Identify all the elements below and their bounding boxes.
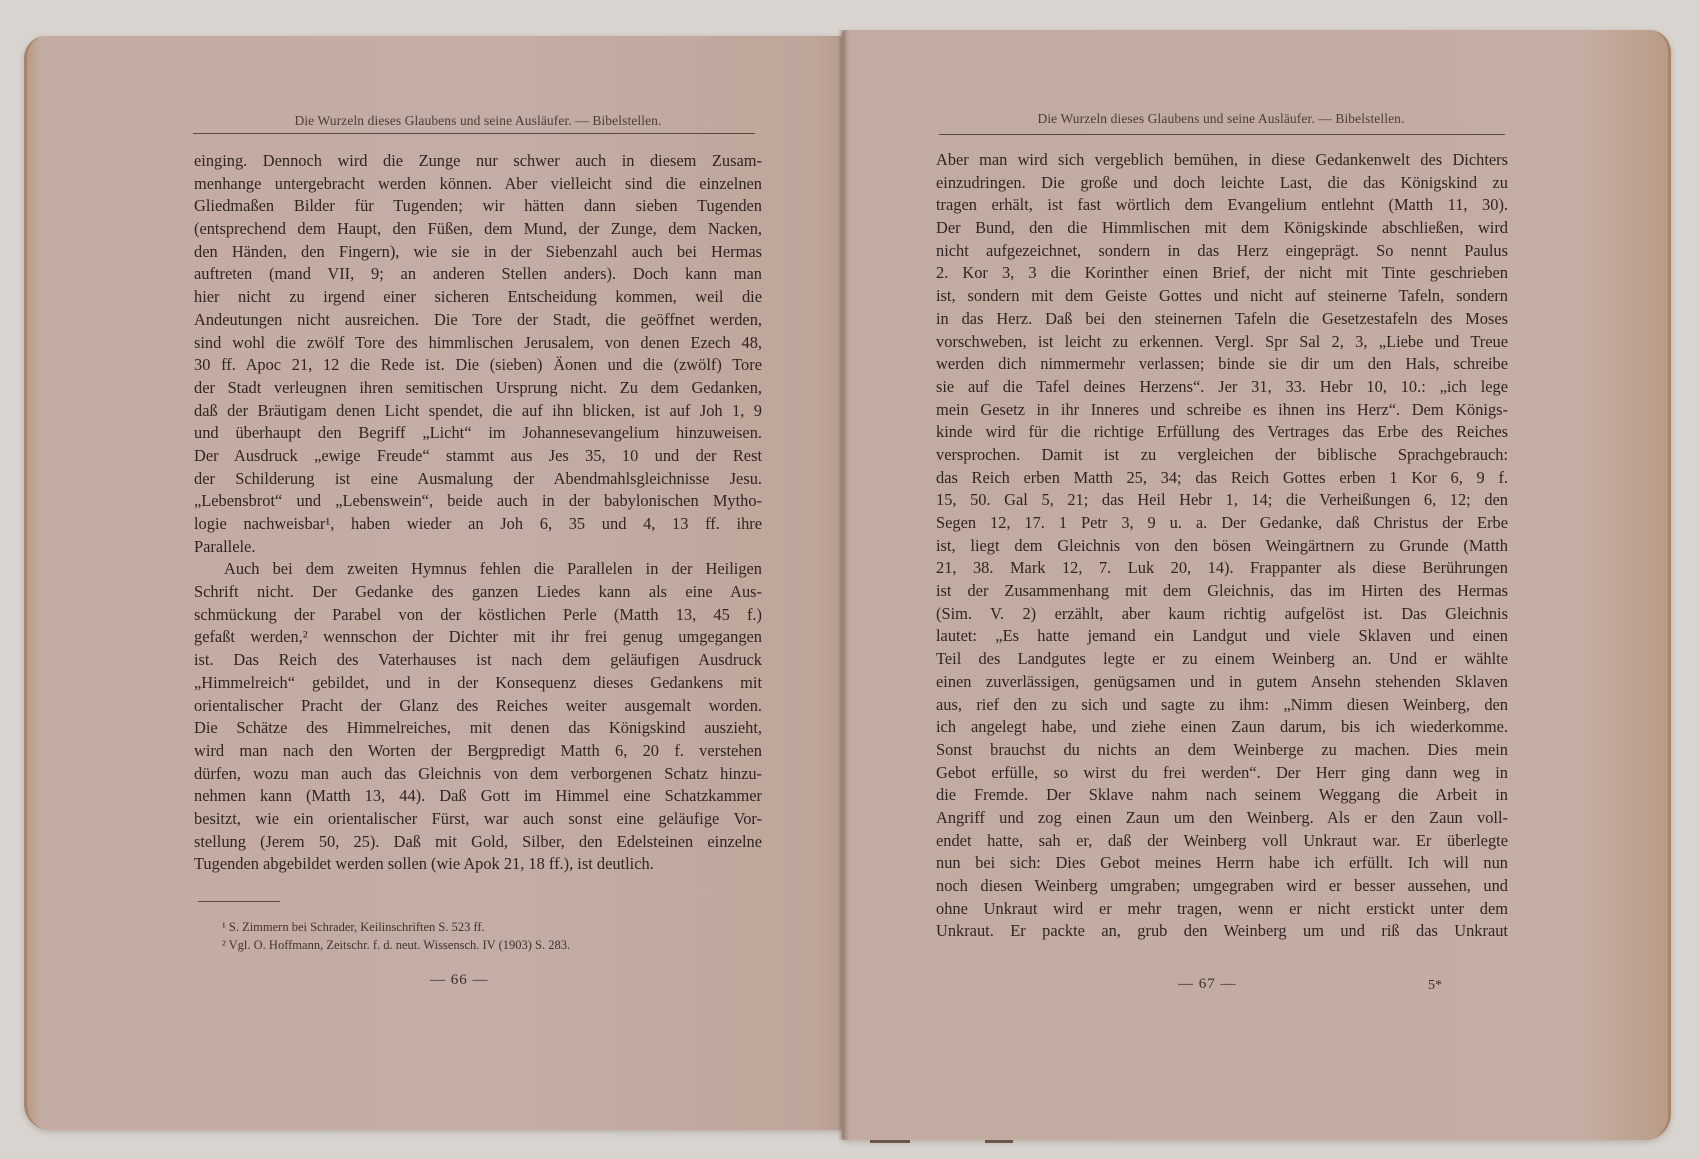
- text-line: orientalischer Pracht der Glanz des Reic…: [194, 695, 762, 718]
- right-body-text: Aber man wird sich vergeblich bemühen, i…: [936, 149, 1508, 943]
- left-running-head: Die Wurzeln dieses Glaubens und seine Au…: [193, 113, 763, 129]
- text-line: der Stadt verleugnen ihren semitischen U…: [194, 377, 762, 400]
- text-line: sind wohl die zwölf Tore des himmlischen…: [194, 332, 762, 355]
- text-line: (entsprechend dem Haupt, den Füßen, dem …: [194, 218, 762, 241]
- text-line: in das Herz. Daß bei den steinernen Tafe…: [936, 308, 1508, 331]
- text-line: gefaßt werden,² wennschon der Dichter mi…: [194, 626, 762, 649]
- text-line: ist, sondern mit dem Geiste Gottes und n…: [936, 285, 1508, 308]
- right-page-number: — 67 —: [1178, 976, 1237, 993]
- text-line: Auch bei dem zweiten Hymnus fehlen die P…: [194, 558, 762, 581]
- text-line: werden dich nimmermehr verlassen; binde …: [936, 353, 1508, 376]
- text-line: einging. Dennoch wird die Zunge nur schw…: [194, 150, 762, 173]
- left-footnote-rule: [198, 901, 280, 902]
- text-line: Der Bund, den die Himmlischen mit dem Kö…: [936, 217, 1508, 240]
- text-line: kinde wird für die richtige Erfüllung de…: [936, 421, 1508, 444]
- text-line: Sonst brauchst du nichts an dem Weinberg…: [936, 739, 1508, 762]
- text-line: vorschweben, ist leicht zu erkennen. Ver…: [936, 331, 1508, 354]
- text-line: „Himmelreich“ gebildet, und in der Konse…: [194, 672, 762, 695]
- text-line: Schrift nicht. Der Gedanke des ganzen Li…: [194, 581, 762, 604]
- text-line: nun bei sich: Dies Gebot meines Herrn ha…: [936, 852, 1508, 875]
- text-line: tragen erhält, ist fast wörtlich dem Eva…: [936, 194, 1508, 217]
- text-line: Andeutungen nicht ausreichen. Die Tore d…: [194, 309, 762, 332]
- text-line: das Reich erben Matth 25, 34; das Reich …: [936, 467, 1508, 490]
- text-line: nicht aufgezeichnet, sondern in das Herz…: [936, 240, 1508, 263]
- text-line: Gliedmaßen Bilder für Tugenden; wir hätt…: [194, 195, 762, 218]
- text-line: noch diesen Weinberg umgraben; umgegrabe…: [936, 875, 1508, 898]
- text-line: aus, rief den zu sich und sagte zu ihm: …: [936, 694, 1508, 717]
- text-line: Angriff und zog einen Zaun um den Weinbe…: [936, 807, 1508, 830]
- text-line: Die Schätze des Himmelreiches, mit denen…: [194, 717, 762, 740]
- signature-mark: 5*: [1428, 978, 1442, 994]
- text-line: ist. Das Reich des Vaterhauses ist nach …: [194, 649, 762, 672]
- text-line: und überhaupt den Begriff „Licht“ im Joh…: [194, 422, 762, 445]
- text-line: Parallele.: [194, 536, 762, 559]
- text-line: menhange untergebracht werden können. Ab…: [194, 173, 762, 196]
- text-line: den Händen, den Fingern), wie sie in der…: [194, 241, 762, 264]
- right-head-rule: [939, 134, 1505, 135]
- text-line: 30 ff. Apoc 21, 12 die Rede ist. Die (si…: [194, 354, 762, 377]
- text-line: stellung (Jerem 50, 25). Daß mit Gold, S…: [194, 831, 762, 854]
- text-line: einen zuverlässigen, genügsamen und in g…: [936, 671, 1508, 694]
- text-line: schmückung der Parabel von der köstliche…: [194, 604, 762, 627]
- text-line: ist der Zusammenhang mit dem Gleichnis, …: [936, 580, 1508, 603]
- left-page-number: — 66 —: [430, 972, 489, 989]
- text-line: sie auf die Tafel deines Herzens“. Jer 3…: [936, 376, 1508, 399]
- text-line: lautet: „Es hatte jemand ein Landgut und…: [936, 625, 1508, 648]
- text-line: nehmen kann (Matth 13, 44). Daß Gott im …: [194, 785, 762, 808]
- text-line: ohne Unkraut wird er mehr tragen, wenn e…: [936, 898, 1508, 921]
- text-line: 2. Kor 3, 3 die Korinther einen Brief, d…: [936, 262, 1508, 285]
- page-edge-mark: [985, 1140, 1013, 1143]
- text-line: dürfen, wozu man auch das Gleichnis von …: [194, 763, 762, 786]
- text-line: 15, 50. Gal 5, 21; das Heil Hebr 1, 14; …: [936, 489, 1508, 512]
- text-line: 21, 38. Mark 12, 7. Luk 20, 14). Frappan…: [936, 557, 1508, 580]
- text-line: Tugenden abgebildet werden sollen (wie A…: [194, 853, 762, 876]
- left-head-rule: [193, 133, 755, 134]
- text-line: ist, liegt dem Gleichnis von den bösen W…: [936, 535, 1508, 558]
- text-line: mein Gesetz in ihr Inneres und schreibe …: [936, 399, 1508, 422]
- page-edge-mark: [870, 1140, 910, 1143]
- text-line: logie nachweisbar¹, haben wieder an Joh …: [194, 513, 762, 536]
- text-line: Unkraut. Er packte an, grub den Weinberg…: [936, 920, 1508, 943]
- right-running-head: Die Wurzeln dieses Glaubens und seine Au…: [935, 111, 1507, 127]
- footnote: ¹ S. Zimmern bei Schrader, Keilinschrift…: [222, 918, 570, 936]
- text-line: „Lebensbrot“ und „Lebenswein“, beide auc…: [194, 490, 762, 513]
- text-line: Gebot erfülle, so wirst du frei werden“.…: [936, 762, 1508, 785]
- text-line: ich angelegt habe, und ziehe einen Zaun …: [936, 716, 1508, 739]
- text-line: versprochen. Damit ist zu vergleichen de…: [936, 444, 1508, 467]
- left-body-text: einging. Dennoch wird die Zunge nur schw…: [194, 150, 762, 876]
- text-line: wird man nach den Worten der Bergpredigt…: [194, 740, 762, 763]
- text-line: (Sim. V. 2) erzählt, aber kaum richtig a…: [936, 603, 1508, 626]
- text-line: besitzt, wie ein orientalischer Fürst, w…: [194, 808, 762, 831]
- text-line: hier nicht zu irgend einer sicheren Ents…: [194, 286, 762, 309]
- text-line: Aber man wird sich vergeblich bemühen, i…: [936, 149, 1508, 172]
- text-line: die Fremde. Der Sklave nahm nach seinem …: [936, 784, 1508, 807]
- text-line: daß der Bräutigam denen Licht spendet, d…: [194, 400, 762, 423]
- book-gutter: [838, 30, 848, 1140]
- text-line: einzudringen. Die große und doch leichte…: [936, 172, 1508, 195]
- text-line: der Schilderung ist eine Ausmalung der A…: [194, 468, 762, 491]
- text-line: Der Ausdruck „ewige Freude“ stammt aus J…: [194, 445, 762, 468]
- text-line: endet hatte, sah er, daß der Weinberg vo…: [936, 830, 1508, 853]
- text-line: Teil des Landgutes legte er zu einem Wei…: [936, 648, 1508, 671]
- text-line: Segen 12, 17. 1 Petr 3, 9 u. a. Der Geda…: [936, 512, 1508, 535]
- text-line: auftreten (mand VII, 9; an anderen Stell…: [194, 263, 762, 286]
- footnote: ² Vgl. O. Hoffmann, Zeitschr. f. d. neut…: [222, 936, 570, 954]
- left-footnotes: ¹ S. Zimmern bei Schrader, Keilinschrift…: [222, 918, 570, 954]
